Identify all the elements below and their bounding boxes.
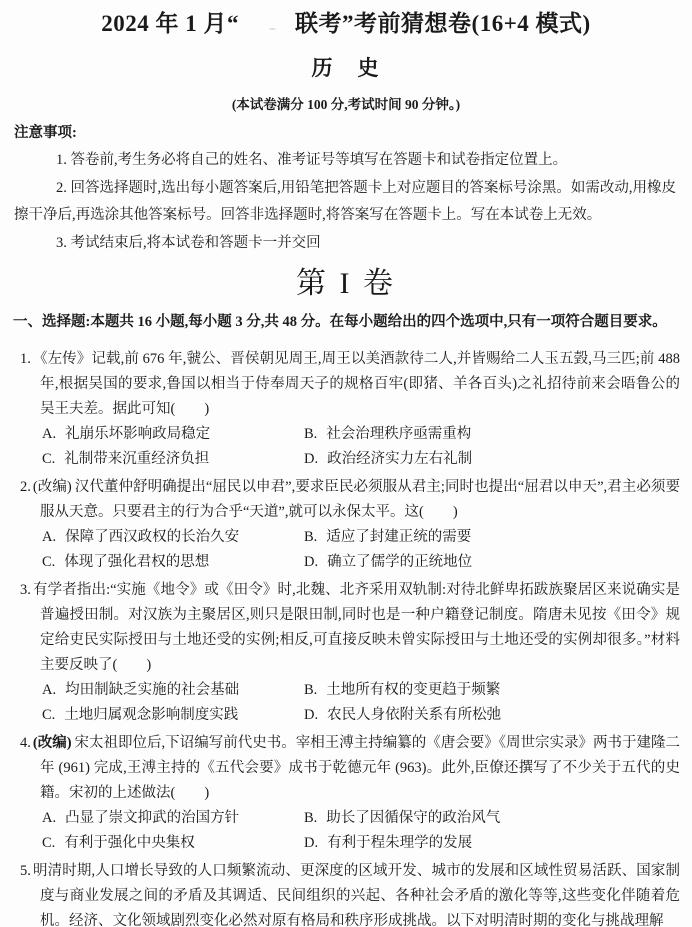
paper-title-suffix: 联考”考前猜想卷(16+4 模式) xyxy=(295,11,591,36)
question-4-option-d: D.有利于程朱理学的发展 xyxy=(304,831,692,856)
question-list: 1.《左传》记载,前 676 年,虢公、晋侯朝见周王,周王以美酒款待二人,并皆赐… xyxy=(0,347,692,927)
option-d-label: D. xyxy=(304,707,318,723)
question-4: 4.(改编)宋太祖即位后,下诏编写前代史书。宰相王溥主持编纂的《唐会要》《周世宗… xyxy=(0,731,692,856)
option-c-text: 土地归属观念影响制度实践 xyxy=(64,707,238,723)
paper-title-prefix: 2024 年 1 月“ xyxy=(101,11,239,36)
question-3-option-c: C.土地归属观念影响制度实践 xyxy=(42,703,304,728)
question-2-text: 汉代董仲舒明确提出“屈民以申君”,要求臣民必须服从君主;同时也提出“屈君以申天”… xyxy=(40,479,680,520)
question-4-option-a: A.凸显了崇文抑武的治国方针 xyxy=(42,806,304,831)
option-d-label: D. xyxy=(304,554,318,570)
option-a-text: 凸显了崇文抑武的治国方针 xyxy=(65,810,239,826)
question-1: 1.《左传》记载,前 676 年,虢公、晋侯朝见周王,周王以美酒款待二人,并皆赐… xyxy=(0,347,692,472)
question-1-option-b: B.社会治理秩序亟需重构 xyxy=(304,422,692,447)
option-a-label: A. xyxy=(42,682,56,698)
option-a-label: A. xyxy=(42,529,56,545)
option-b-label: B. xyxy=(304,426,317,442)
question-3-option-b: B.土地所有权的变更趋于频繁 xyxy=(304,678,692,703)
notice-item-3: 3. 考试结束后,将本试卷和答题卡一并交回 xyxy=(14,230,676,258)
question-4-options: A.凸显了崇文抑武的治国方针 B.助长了因循保守的政治风气 C.有利于强化中央集… xyxy=(0,806,692,856)
question-3-stem: 3.有学者指出:“实施《地令》或《田令》时,北魏、北齐采用双轨制:对待北鲜卑拓跋… xyxy=(0,578,680,678)
exam-info-line: (本试卷满分 100 分,考试时间 90 分钟。) xyxy=(0,93,692,113)
section-1-instructions: 一、选择题:本题共 16 小题,每小题 3 分,共 48 分。在每小题给出的四个… xyxy=(13,309,678,336)
option-a-text: 均田制缺乏实施的社会基础 xyxy=(65,682,239,698)
notices-section: 注意事项: 1. 答卷前,考生务必将自己的姓名、准考证号等填写在答题卡和试卷指定… xyxy=(14,120,676,257)
question-3-option-d: D.农民人身依附关系有所松弛 xyxy=(304,703,692,728)
option-b-label: B. xyxy=(304,529,317,545)
option-b-text: 助长了因循保守的政治风气 xyxy=(326,810,500,826)
question-4-tag: (改编) xyxy=(33,735,72,751)
option-d-text: 有利于程朱理学的发展 xyxy=(327,835,472,851)
option-d-label: D. xyxy=(304,835,318,851)
question-5-number: 5. xyxy=(20,863,31,879)
question-5-text: 明清时期,人口增长导致的人口频繁流动、更深度的区域开发、城市的发展和区域性贸易活… xyxy=(33,863,680,927)
question-3: 3.有学者指出:“实施《地令》或《田令》时,北魏、北齐采用双轨制:对待北鲜卑拓跋… xyxy=(0,578,692,728)
question-1-number: 1. xyxy=(20,351,31,367)
question-2-option-d: D.确立了儒学的正统地位 xyxy=(304,550,692,575)
subject-title: 历 史 xyxy=(0,52,692,82)
question-5: 5.明清时期,人口增长导致的人口频繁流动、更深度的区域开发、城市的发展和区域性贸… xyxy=(0,859,692,927)
question-4-stem: 4.(改编)宋太祖即位后,下诏编写前代史书。宰相王溥主持编纂的《唐会要》《周世宗… xyxy=(0,731,680,806)
option-c-text: 有利于强化中央集权 xyxy=(64,835,195,851)
question-1-options: A.礼崩乐坏影响政局稳定 B.社会治理秩序亟需重构 C.礼制带来沉重经济负担 D… xyxy=(0,422,692,472)
option-a-text: 保障了西汉政权的长治久安 xyxy=(65,529,239,545)
option-d-text: 农民人身依附关系有所松弛 xyxy=(327,707,501,723)
notice-item-1: 1. 答卷前,考生务必将自己的姓名、准考证号等填写在答题卡和试卷指定位置上。 xyxy=(14,147,676,175)
question-3-number: 3. xyxy=(20,582,31,598)
question-5-stem: 5.明清时期,人口增长导致的人口频繁流动、更深度的区域开发、城市的发展和区域性贸… xyxy=(0,859,680,927)
question-1-option-d: D.政治经济实力左右礼制 xyxy=(304,447,692,472)
question-1-text: 《左传》记载,前 676 年,虢公、晋侯朝见周王,周王以美酒款待二人,并皆赐给二… xyxy=(33,351,680,417)
option-d-text: 政治经济实力左右礼制 xyxy=(327,451,472,467)
question-2-option-b: B.适应了封建正统的需要 xyxy=(304,525,692,550)
question-1-stem: 1.《左传》记载,前 676 年,虢公、晋侯朝见周王,周王以美酒款待二人,并皆赐… xyxy=(0,347,680,422)
question-4-number: 4. xyxy=(20,735,31,751)
option-c-text: 体现了强化君权的思想 xyxy=(64,554,209,570)
question-4-text: 宋太祖即位后,下诏编写前代史书。宰相王溥主持编纂的《唐会要》《周世宗实录》两书于… xyxy=(40,735,680,801)
notices-heading: 注意事项: xyxy=(14,120,676,147)
question-2-options: A.保障了西汉政权的长治久安 B.适应了封建正统的需要 C.体现了强化君权的思想… xyxy=(0,525,692,575)
paper-title: 2024 年 1 月“联考”考前猜想卷(16+4 模式) xyxy=(0,0,692,39)
section-1-heading: 第 I 卷 xyxy=(0,264,692,304)
option-c-label: C. xyxy=(42,451,55,467)
question-4-option-c: C.有利于强化中央集权 xyxy=(42,831,304,856)
notice-item-2: 2. 回答选择题时,选出每小题答案后,用铅笔把答题卡上对应题目的答案标号涂黑。如… xyxy=(14,175,676,230)
question-2-number: 2. xyxy=(20,479,31,495)
question-2-option-c: C.体现了强化君权的思想 xyxy=(42,550,304,575)
option-c-label: C. xyxy=(42,835,55,851)
exam-paper-page: 2024 年 1 月“联考”考前猜想卷(16+4 模式) 历 史 (本试卷满分 … xyxy=(0,0,692,927)
option-a-label: A. xyxy=(42,810,56,826)
redacted-name-gap xyxy=(239,21,295,31)
question-4-option-b: B.助长了因循保守的政治风气 xyxy=(304,806,692,831)
option-c-label: C. xyxy=(42,707,55,723)
option-b-text: 社会治理秩序亟需重构 xyxy=(326,426,471,442)
question-1-option-a: A.礼崩乐坏影响政局稳定 xyxy=(42,422,304,447)
option-b-label: B. xyxy=(304,810,317,826)
question-2-option-a: A.保障了西汉政权的长治久安 xyxy=(42,525,304,550)
question-1-option-c: C.礼制带来沉重经济负担 xyxy=(42,447,304,472)
question-2: 2.(改编)汉代董仲舒明确提出“屈民以申君”,要求臣民必须服从君主;同时也提出“… xyxy=(0,475,692,575)
question-2-stem: 2.(改编)汉代董仲舒明确提出“屈民以申君”,要求臣民必须服从君主;同时也提出“… xyxy=(0,475,680,525)
option-c-text: 礼制带来沉重经济负担 xyxy=(64,451,209,467)
option-b-label: B. xyxy=(304,682,317,698)
option-a-text: 礼崩乐坏影响政局稳定 xyxy=(65,426,210,442)
option-a-label: A. xyxy=(42,426,56,442)
option-b-text: 土地所有权的变更趋于频繁 xyxy=(326,682,500,698)
option-d-label: D. xyxy=(304,451,318,467)
option-d-text: 确立了儒学的正统地位 xyxy=(327,554,472,570)
question-3-options: A.均田制缺乏实施的社会基础 B.土地所有权的变更趋于频繁 C.土地归属观念影响… xyxy=(0,678,692,728)
option-b-text: 适应了封建正统的需要 xyxy=(326,529,471,545)
question-3-text: 有学者指出:“实施《地令》或《田令》时,北魏、北齐采用双轨制:对待北鲜卑拓跋族聚… xyxy=(33,582,680,673)
question-2-tag: (改编) xyxy=(33,479,72,495)
option-c-label: C. xyxy=(42,554,55,570)
question-3-option-a: A.均田制缺乏实施的社会基础 xyxy=(42,678,304,703)
